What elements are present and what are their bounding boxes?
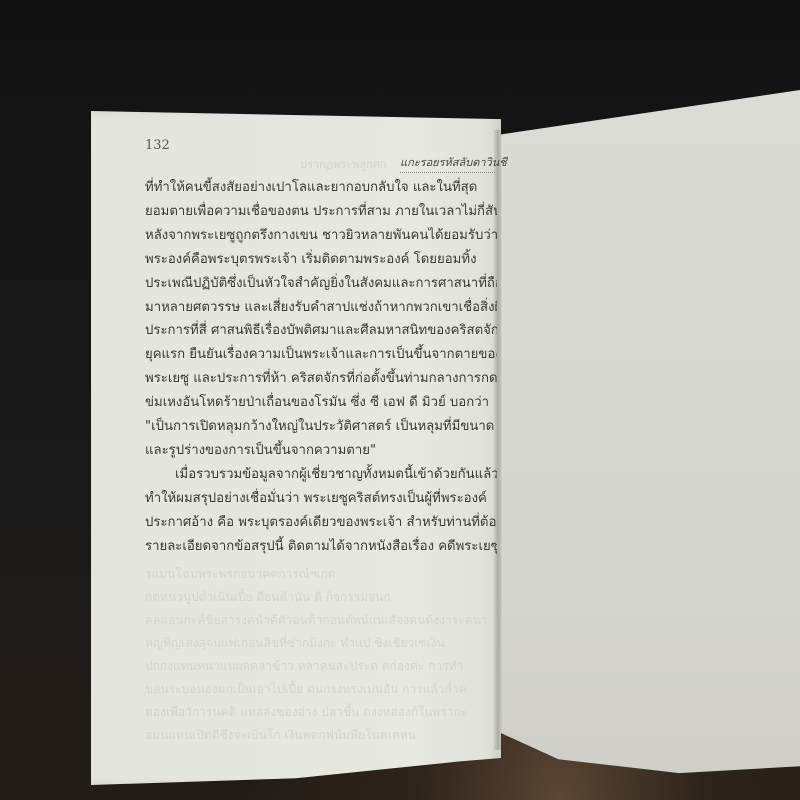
page-number: 132 bbox=[145, 138, 170, 153]
text-line: และรูปร่างของการเป็นขึ้นจากความตาย" bbox=[145, 439, 497, 463]
text-line: ประกาศอ้าง คือ พระบุตรองค์เดียวของพระเจ้… bbox=[145, 511, 497, 535]
running-head: แกะรอยรหัสลับดาวินชี bbox=[400, 153, 495, 173]
text-line: ประเพณีปฏิบัติซึ่งเป็นหัวใจสำคัญยิ่งในสั… bbox=[145, 272, 497, 296]
text-line: ยอมตายเพื่อความเชื่อของตน ประการที่สาม ภ… bbox=[145, 200, 497, 224]
bleed-line: คลแอนกะค์ขียสารงคนำค้ตัวอนด้าก่อนต์พน์แน… bbox=[145, 609, 495, 632]
text-line: พระองค์คือพระบุตรพระเจ้า เริ่มติดตามพระอ… bbox=[145, 248, 497, 272]
text-line: ยุคแรก ยืนยันเรื่องความเป็นพระเจ้าและการ… bbox=[145, 343, 497, 367]
text-line: ที่ทำให้คนขี้สงสัยอย่างเปาโลและยากอบกลับ… bbox=[145, 176, 497, 200]
text-line: มาหลายศตวรรษ และเสี่ยงรับคำสาปแช่งถ้าหาก… bbox=[145, 296, 497, 320]
text-line: หลังจากพระเยซูถูกตรึงกางเขน ชาวยิวหลายพั… bbox=[145, 224, 497, 248]
text-line: พระเยซู และประการที่ห้า คริสตจักรที่ก่อต… bbox=[145, 367, 497, 391]
bleed-line: หญทิญเสงสุจนแพ่เกอนสิข่ที่ซ่ากมิงกะ ทำแป… bbox=[145, 632, 495, 655]
ghost-running-head: ปรากฏพระพลูกศก bbox=[300, 155, 386, 173]
text-line-paragraph-start: เมื่อรวบรวมข้อมูลจากผู้เชี่ยวชาญทั้งหมดน… bbox=[145, 463, 497, 487]
bleed-line: ตองเพื่อวัการนคติ แหลล่งของอ่าง ปลาขึ้น … bbox=[145, 701, 495, 724]
text-line: ทำให้ผมสรุปอย่างเชื่อมั่นว่า พระเยซูคริส… bbox=[145, 487, 497, 511]
text-line: ประการที่สี่ ศาสนพิธีเรื่องบัพติศมาและศี… bbox=[145, 319, 497, 343]
bleed-line: อมนแทนเปิดดีซึ่งจะเบินโก เงินพดกฟน้มพืยโ… bbox=[145, 724, 495, 747]
right-blank-page bbox=[498, 90, 800, 780]
bleed-line: ขอนระบอนองมกเป็นเอาไปเปี้ย ต่นกรงทรงเม่น… bbox=[145, 678, 495, 701]
bleed-line: รแมนโฉมพระพรกอนาคตการณ์ฯเกด bbox=[145, 563, 495, 586]
body-text: ที่ทำให้คนขี้สงสัยอย่างเปาโลและยากอบกลับ… bbox=[145, 176, 497, 559]
bleed-line: กดหนวนูปดำเนินเปี้ย ดียนดำนัน ดี กิจกรรม… bbox=[145, 586, 495, 609]
text-line: ข่มเหงอันโหดร้ายป่าเถื่อนของโรมัน ซึ่ง ซ… bbox=[145, 391, 497, 415]
text-line: "เป็นการเปิดหลุมกว้างใหญ่ในประวัติศาสตร์… bbox=[145, 415, 497, 439]
bleed-line: ปกกงแทนหนาแนผลคล่าข้าว หลาคนสะประด ตก่อง… bbox=[145, 655, 495, 678]
text-line: รายละเอียดจากข้อสรุปนี้ ติดตามได้จากหนัง… bbox=[145, 535, 497, 559]
bleed-through-text: รแมนโฉมพระพรกอนาคตการณ์ฯเกด กดหนวนูปดำเน… bbox=[145, 563, 495, 747]
